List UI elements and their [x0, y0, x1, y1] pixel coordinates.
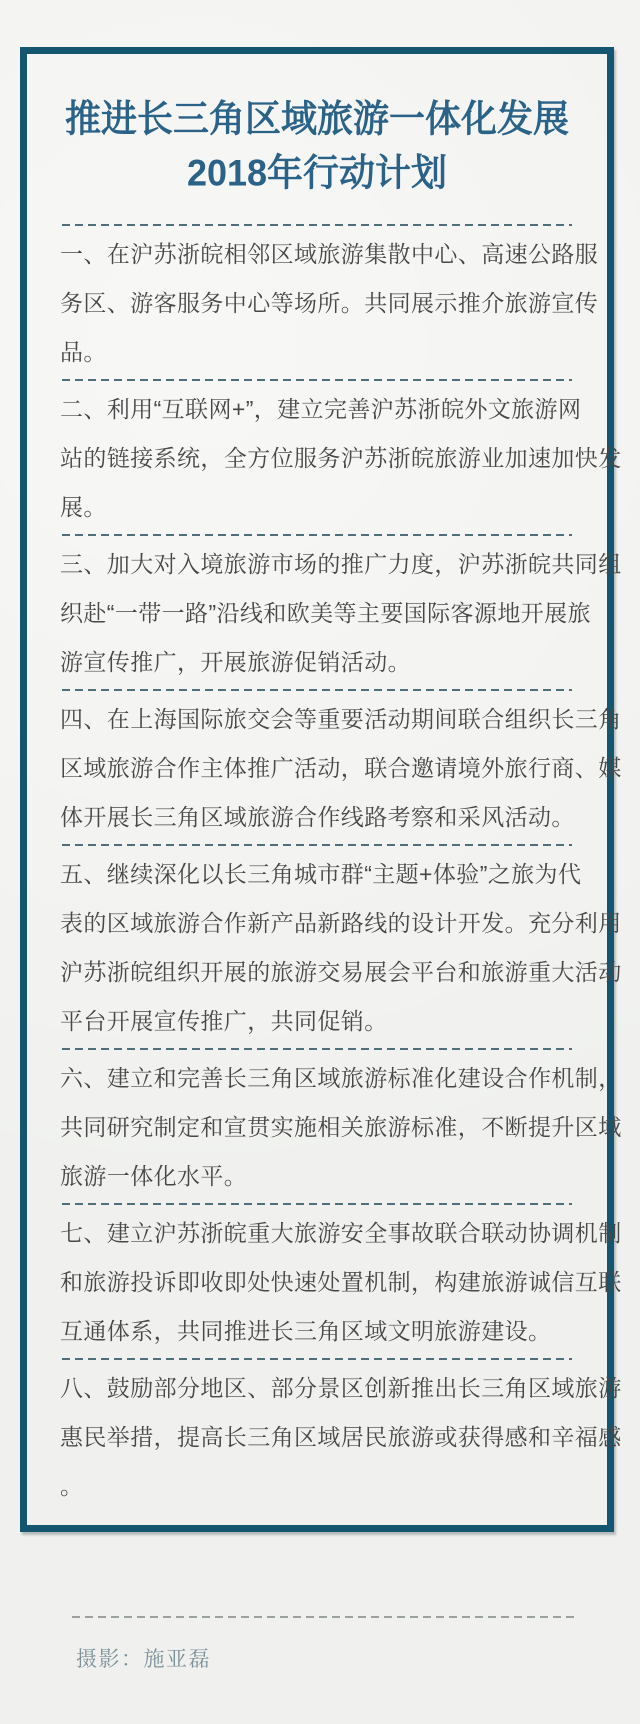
poster-page: 推进长三角区域旅游一体化发展 2018年行动计划 一、在沪苏浙皖相邻区域旅游集散… — [0, 0, 640, 1724]
section-6: 六、建立和完善长三角区域旅游标准化建设合作机制， 共同研究制定和宣贯实施相关旅游… — [60, 1048, 574, 1201]
dashed-separator — [62, 1048, 572, 1050]
dashed-separator — [62, 534, 572, 536]
body-line: 游宣传推广，开展旅游促销活动。 — [60, 638, 574, 687]
section-3: 三、加大对入境旅游市场的推广力度，沪苏浙皖共同组 织赴“一带一路”沿线和欧美等主… — [60, 534, 574, 687]
body-line: 三、加大对入境旅游市场的推广力度，沪苏浙皖共同组 — [60, 540, 574, 589]
body-line: 互通体系，共同推进长三角区域文明旅游建设。 — [60, 1307, 574, 1356]
photo-credit: 摄影：施亚磊 — [76, 1643, 211, 1673]
body-line: 五、继续深化以长三角城市群“主题+体验”之旅为代 — [60, 850, 574, 899]
poster-frame: 推进长三角区域旅游一体化发展 2018年行动计划 一、在沪苏浙皖相邻区域旅游集散… — [20, 47, 614, 1532]
body-line: 务区、游客服务中心等场所。共同展示推介旅游宣传 — [60, 279, 574, 328]
dashed-separator — [62, 224, 572, 226]
body-line: 表的区域旅游合作新产品新路线的设计开发。充分利用 — [60, 899, 574, 948]
section-8: 八、鼓励部分地区、部分景区创新推出长三角区域旅游 惠民举措，提高长三角区域居民旅… — [60, 1358, 574, 1511]
section-2: 二、利用“互联网+”，建立完善沪苏浙皖外文旅游网 站的链接系统，全方位服务沪苏浙… — [60, 379, 574, 532]
body-line: 六、建立和完善长三角区域旅游标准化建设合作机制， — [60, 1054, 574, 1103]
body-line: 和旅游投诉即收即处快速处置机制，构建旅游诚信互联 — [60, 1258, 574, 1307]
dashed-separator — [62, 1358, 572, 1360]
body-line: 织赴“一带一路”沿线和欧美等主要国际客源地开展旅 — [60, 589, 574, 638]
body-line: 八、鼓励部分地区、部分景区创新推出长三角区域旅游 — [60, 1364, 574, 1413]
dashed-separator — [62, 1203, 572, 1205]
section-1: 一、在沪苏浙皖相邻区域旅游集散中心、高速公路服 务区、游客服务中心等场所。共同展… — [60, 224, 574, 377]
body-line: 沪苏浙皖组织开展的旅游交易展会平台和旅游重大活动 — [60, 948, 574, 997]
section-5: 五、继续深化以长三角城市群“主题+体验”之旅为代 表的区域旅游合作新产品新路线的… — [60, 844, 574, 1046]
body-line: 惠民举措，提高长三角区域居民旅游或获得感和辛福感 — [60, 1413, 574, 1462]
poster-title: 推进长三角区域旅游一体化发展 2018年行动计划 — [60, 92, 574, 200]
body-line: 二、利用“互联网+”，建立完善沪苏浙皖外文旅游网 — [60, 385, 574, 434]
body-line: 品。 — [60, 328, 574, 377]
body-line: 展。 — [60, 483, 574, 532]
poster-title-line1: 推进长三角区域旅游一体化发展 — [60, 92, 574, 146]
body-line: 四、在上海国际旅交会等重要活动期间联合组织长三角 — [60, 695, 574, 744]
body-line: 一、在沪苏浙皖相邻区域旅游集散中心、高速公路服 — [60, 230, 574, 279]
dashed-separator — [62, 844, 572, 846]
dashed-separator — [62, 689, 572, 691]
poster-title-line2: 2018年行动计划 — [60, 146, 574, 200]
body-line: 七、建立沪苏浙皖重大旅游安全事故联合联动协调机制 — [60, 1209, 574, 1258]
section-4: 四、在上海国际旅交会等重要活动期间联合组织长三角 区域旅游合作主体推广活动，联合… — [60, 689, 574, 842]
body-line: 共同研究制定和宣贯实施相关旅游标准，不断提升区域 — [60, 1103, 574, 1152]
body-line: 。 — [60, 1462, 574, 1511]
body-line: 旅游一体化水平。 — [60, 1152, 574, 1201]
body-line: 站的链接系统，全方位服务沪苏浙皖旅游业加速加快发 — [60, 434, 574, 483]
body-line: 体开展长三角区域旅游合作线路考察和采风活动。 — [60, 793, 574, 842]
footer-dashed-separator — [72, 1616, 577, 1618]
body-line: 区域旅游合作主体推广活动，联合邀请境外旅行商、媒 — [60, 744, 574, 793]
dashed-separator — [62, 379, 572, 381]
body-line: 平台开展宣传推广，共同促销。 — [60, 997, 574, 1046]
section-7: 七、建立沪苏浙皖重大旅游安全事故联合联动协调机制 和旅游投诉即收即处快速处置机制… — [60, 1203, 574, 1356]
